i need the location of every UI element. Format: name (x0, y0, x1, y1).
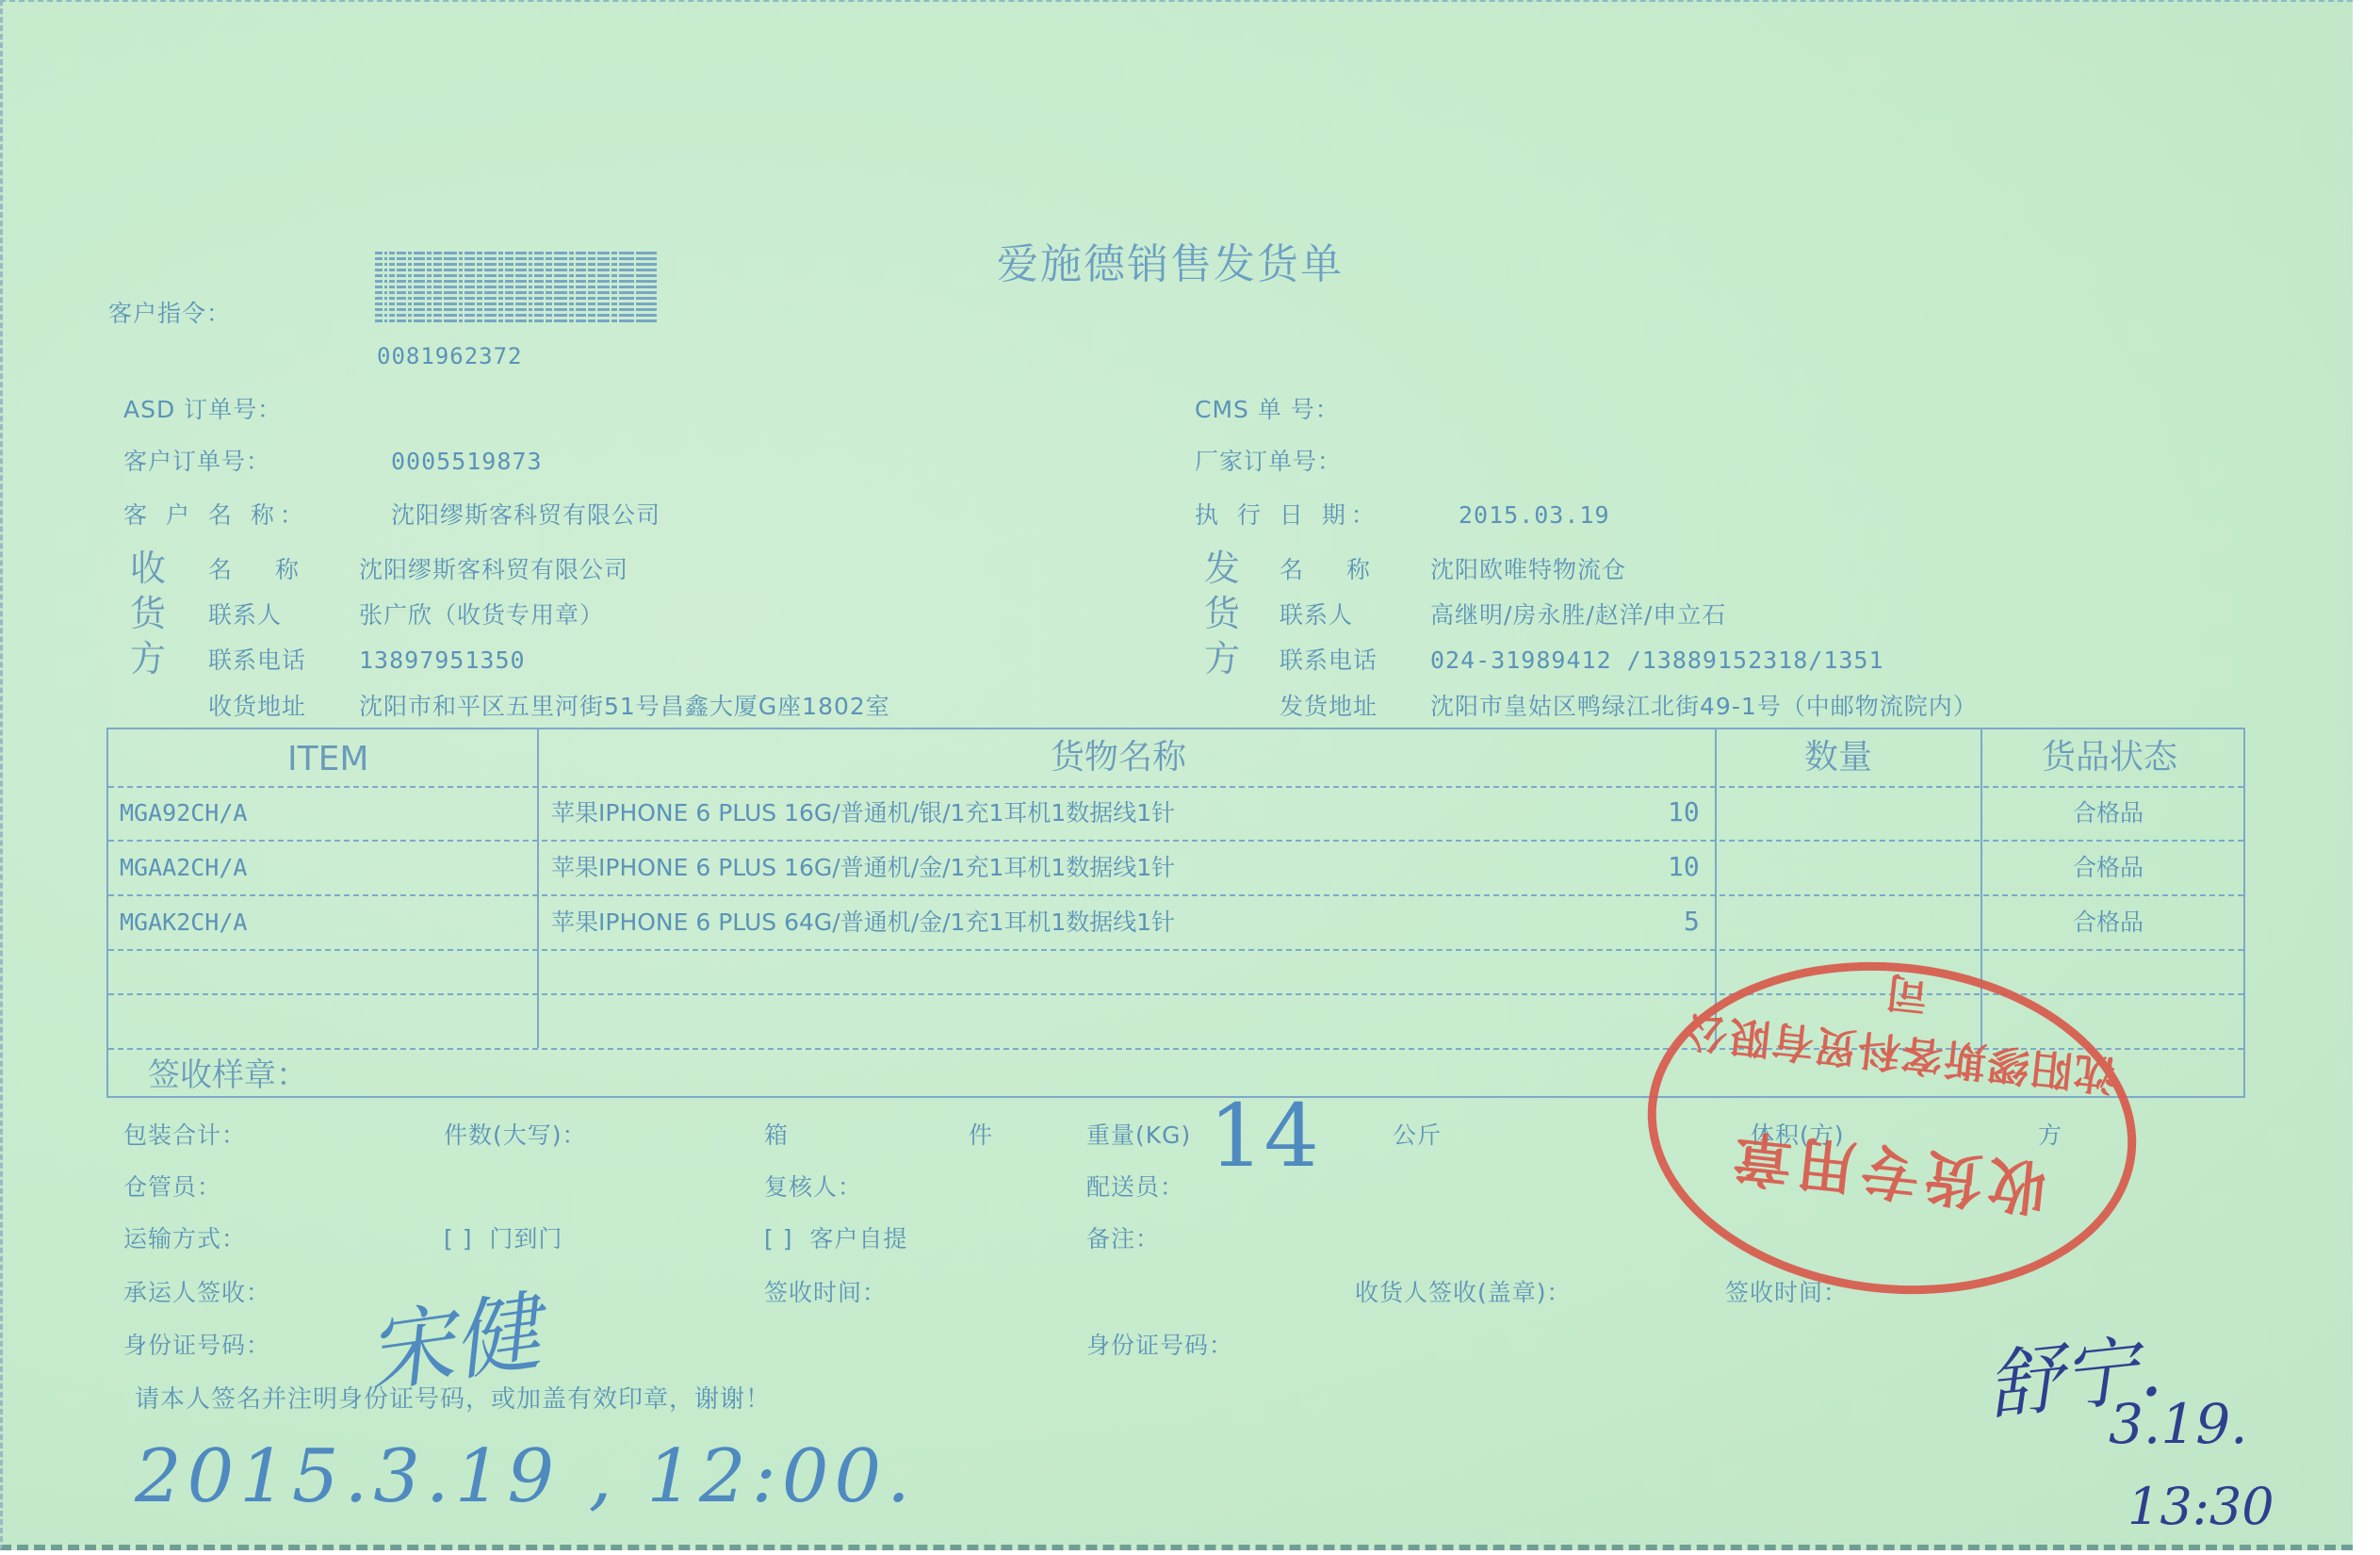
item-name: 苹果IPHONE 6 PLUS 16G/普通机/银/1充1耳机1数据线1针 (551, 801, 1175, 825)
handwritten-date-left: 2015.3.19 , 12:00. (135, 1434, 916, 1519)
shipper-side-char-1: 发 (1204, 550, 1241, 586)
item-code: MGAA2CH/A (120, 856, 247, 879)
customer-order-value: 0005519873 (391, 450, 543, 473)
col-header-item: ITEM (287, 743, 368, 777)
customer-order-label: 客户订单号： (123, 450, 270, 473)
shipper-address-label: 发货地址 (1280, 695, 1377, 718)
consignee-side-char-1: 收 (130, 550, 167, 586)
consignee-name-value: 沈阳缪斯客科贸有限公司 (359, 558, 628, 581)
box-label: 箱 (764, 1123, 789, 1147)
carrier-sign-label: 承运人签收： (123, 1281, 270, 1304)
consignee-side-char-2: 货 (130, 596, 167, 631)
col-header-name: 货物名称 (1051, 741, 1186, 775)
weight-label: 重量(KG) (1086, 1123, 1191, 1147)
sign-sample-label: 签收样章： (148, 1059, 308, 1091)
item-code: MGAK2CH/A (120, 910, 247, 934)
barcode-icon (375, 252, 667, 323)
company-seal-stamp: 收货专用章 沈阳缪斯客科贸有限公司 (1631, 939, 2153, 1318)
shipper-name-label: 名 称 (1280, 558, 1379, 581)
col-header-qty: 数量 (1804, 741, 1872, 775)
receiver-sign-date: 3.19. (2109, 1392, 2248, 1456)
weight-value: 14 (1209, 1086, 1319, 1187)
shipper-contact-value: 高继明/房永胜/赵洋/申立石 (1430, 603, 1726, 627)
stamp-center-text: 收货专用章 (1647, 1110, 2127, 1243)
receiver-sign-time: 13:30 (2127, 1477, 2274, 1536)
deliverer-label: 配送员： (1086, 1175, 1184, 1199)
exec-date-label: 执 行 日 期： (1195, 503, 1380, 527)
transport-label: 运输方式： (123, 1227, 246, 1251)
piece-label: 件 (969, 1123, 993, 1147)
warehouse-keeper-label: 仓管员： (123, 1175, 221, 1199)
door-to-door-checkbox[interactable]: [ ] 门到门 (444, 1227, 562, 1251)
package-total-label: 包装合计： (123, 1123, 246, 1147)
sign-time-label: 签收时间： (764, 1281, 887, 1304)
self-pickup-checkbox[interactable]: [ ] 客户自提 (764, 1227, 907, 1251)
col-header-status: 货品状态 (2042, 741, 2177, 775)
consignee-address-label: 收货地址 (208, 695, 306, 718)
checker-label: 复核人： (764, 1175, 862, 1199)
shipper-phone-label: 联系电话 (1280, 648, 1377, 672)
exec-date-value: 2015.03.19 (1459, 503, 1610, 527)
consignee-contact-value: 张广欣（收货专用章） (359, 603, 604, 627)
item-status: 合格品 (2073, 801, 2144, 825)
shipper-contact-label: 联系人 (1280, 603, 1353, 627)
shipper-address-value: 沈阳市皇姑区鸭绿江北街49-1号（中邮物流院内） (1430, 695, 1978, 718)
customer-instruction-number: 0081962372 (377, 345, 523, 368)
customer-name-value: 沈阳缪斯客科贸有限公司 (391, 503, 660, 527)
item-code: MGA92CH/A (120, 801, 247, 825)
consignee-contact-label: 联系人 (208, 603, 282, 627)
pieces-label: 件数(大写)： (444, 1123, 587, 1147)
cms-order-label: CMS 单 号： (1195, 398, 1340, 421)
item-name: 苹果IPHONE 6 PLUS 64G/普通机/金/1充1耳机1数据线1针 (551, 910, 1175, 934)
consignee-side-char-3: 方 (130, 641, 167, 677)
consignee-phone-label: 联系电话 (208, 648, 306, 672)
carrier-signature: 宋健 (358, 1263, 547, 1410)
asd-order-label: ASD 订单号： (123, 398, 282, 421)
delivery-note-paper: 爱施德销售发货单 客户指令： 0081962372 ASD 订单号： 客户订单号… (0, 0, 2353, 1550)
customer-name-label: 客 户 名 称： (123, 503, 309, 527)
document-title: 爱施德销售发货单 (997, 230, 1344, 290)
item-qty: 10 (1668, 799, 1700, 826)
customer-instruction-label: 客户指令： (108, 302, 231, 325)
shipper-name-value: 沈阳欧唯特物流仓 (1430, 558, 1626, 581)
id-number-label-right: 身份证号码： (1086, 1334, 1233, 1357)
consignee-address-value: 沈阳市和平区五里河街51号昌鑫大厦G座1802室 (359, 695, 890, 718)
item-status: 合格品 (2073, 910, 2144, 934)
shipper-side-char-2: 货 (1204, 596, 1241, 631)
item-name: 苹果IPHONE 6 PLUS 16G/普通机/金/1充1耳机1数据线1针 (551, 856, 1175, 879)
receiver-sign-label: 收货人签收(盖章)： (1355, 1281, 1572, 1304)
id-number-label-left: 身份证号码： (123, 1334, 270, 1357)
factory-order-label: 厂家订单号： (1195, 450, 1342, 473)
weight-unit: 公斤 (1393, 1123, 1442, 1147)
remark-label: 备注： (1086, 1227, 1160, 1251)
item-qty: 5 (1684, 908, 1700, 935)
item-qty: 10 (1668, 854, 1700, 880)
shipper-phone-value: 024-31989412 /13889152318/1351 (1430, 648, 1884, 672)
consignee-phone-value: 13897951350 (359, 648, 526, 672)
item-status: 合格品 (2073, 856, 2144, 879)
shipper-side-char-3: 方 (1204, 641, 1241, 677)
consignee-name-label: 名 称 (208, 558, 308, 581)
